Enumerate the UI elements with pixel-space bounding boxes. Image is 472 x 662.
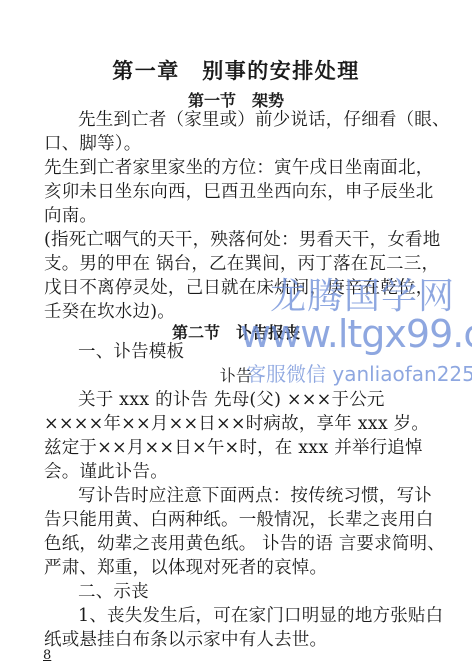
watermark-contact: 客服微信 yanliaofan225 [246,358,472,387]
paragraph-line: 会。谨此讣告。 [44,460,444,484]
paragraph-line: 色纸，幼辈之丧用黄色纸。 讣告的语 言要求简明、 [44,532,444,556]
page-number: 8 [43,648,51,662]
watermark-url: www.ltgx99.com [240,312,472,356]
paragraph-line: 先生到亡者家里家坐的方位：寅午戌日坐南面北， [44,156,444,180]
paragraph-line: (指死亡咽气的天干，殃落何处：男看天干，女看地 [44,228,444,252]
document-page: 第一章 别事的安排处理 第一节架势 先生到亡者（家里或）前少说话，仔细看（眼、 … [0,0,472,662]
paragraph-line: 先生到亡者（家里或）前少说话，仔细看（眼、 [78,108,472,132]
paragraph-line: 纸或悬挂白布条以示家中有人去世。 [44,628,444,652]
paragraph-line: 关于 xxx 的讣告 先母(父) ×××于公元 [78,388,472,412]
paragraph-line: 兹定于××月××日×午×时，在 xxx 并举行追悼 [44,436,444,460]
subheading-mourning: 二、示丧 [78,580,472,604]
paragraph-line: 严肃、郑重，以体现对死者的哀悼。 [44,556,444,580]
paragraph-line: 亥卯未日坐东向西，巳酉丑坐西向东，申子辰坐北 [44,180,444,204]
paragraph-line: 写讣告时应注意下面两点：按传统习惯，写讣 [78,484,472,508]
paragraph-line: 1、丧失发生后，可在家门口明显的地方张贴白 [78,604,472,628]
paragraph-line: ××××年××月××日××时病故，享年 xxx 岁。 [44,412,444,436]
chapter-title: 第一章 别事的安排处理 [0,55,472,85]
paragraph-line: 告只能用黄、白两种纸。一般情况，长辈之丧用白 [44,508,444,532]
paragraph-line: 向南。 [44,204,444,228]
paragraph-line: 口、脚等）。 [44,132,444,156]
